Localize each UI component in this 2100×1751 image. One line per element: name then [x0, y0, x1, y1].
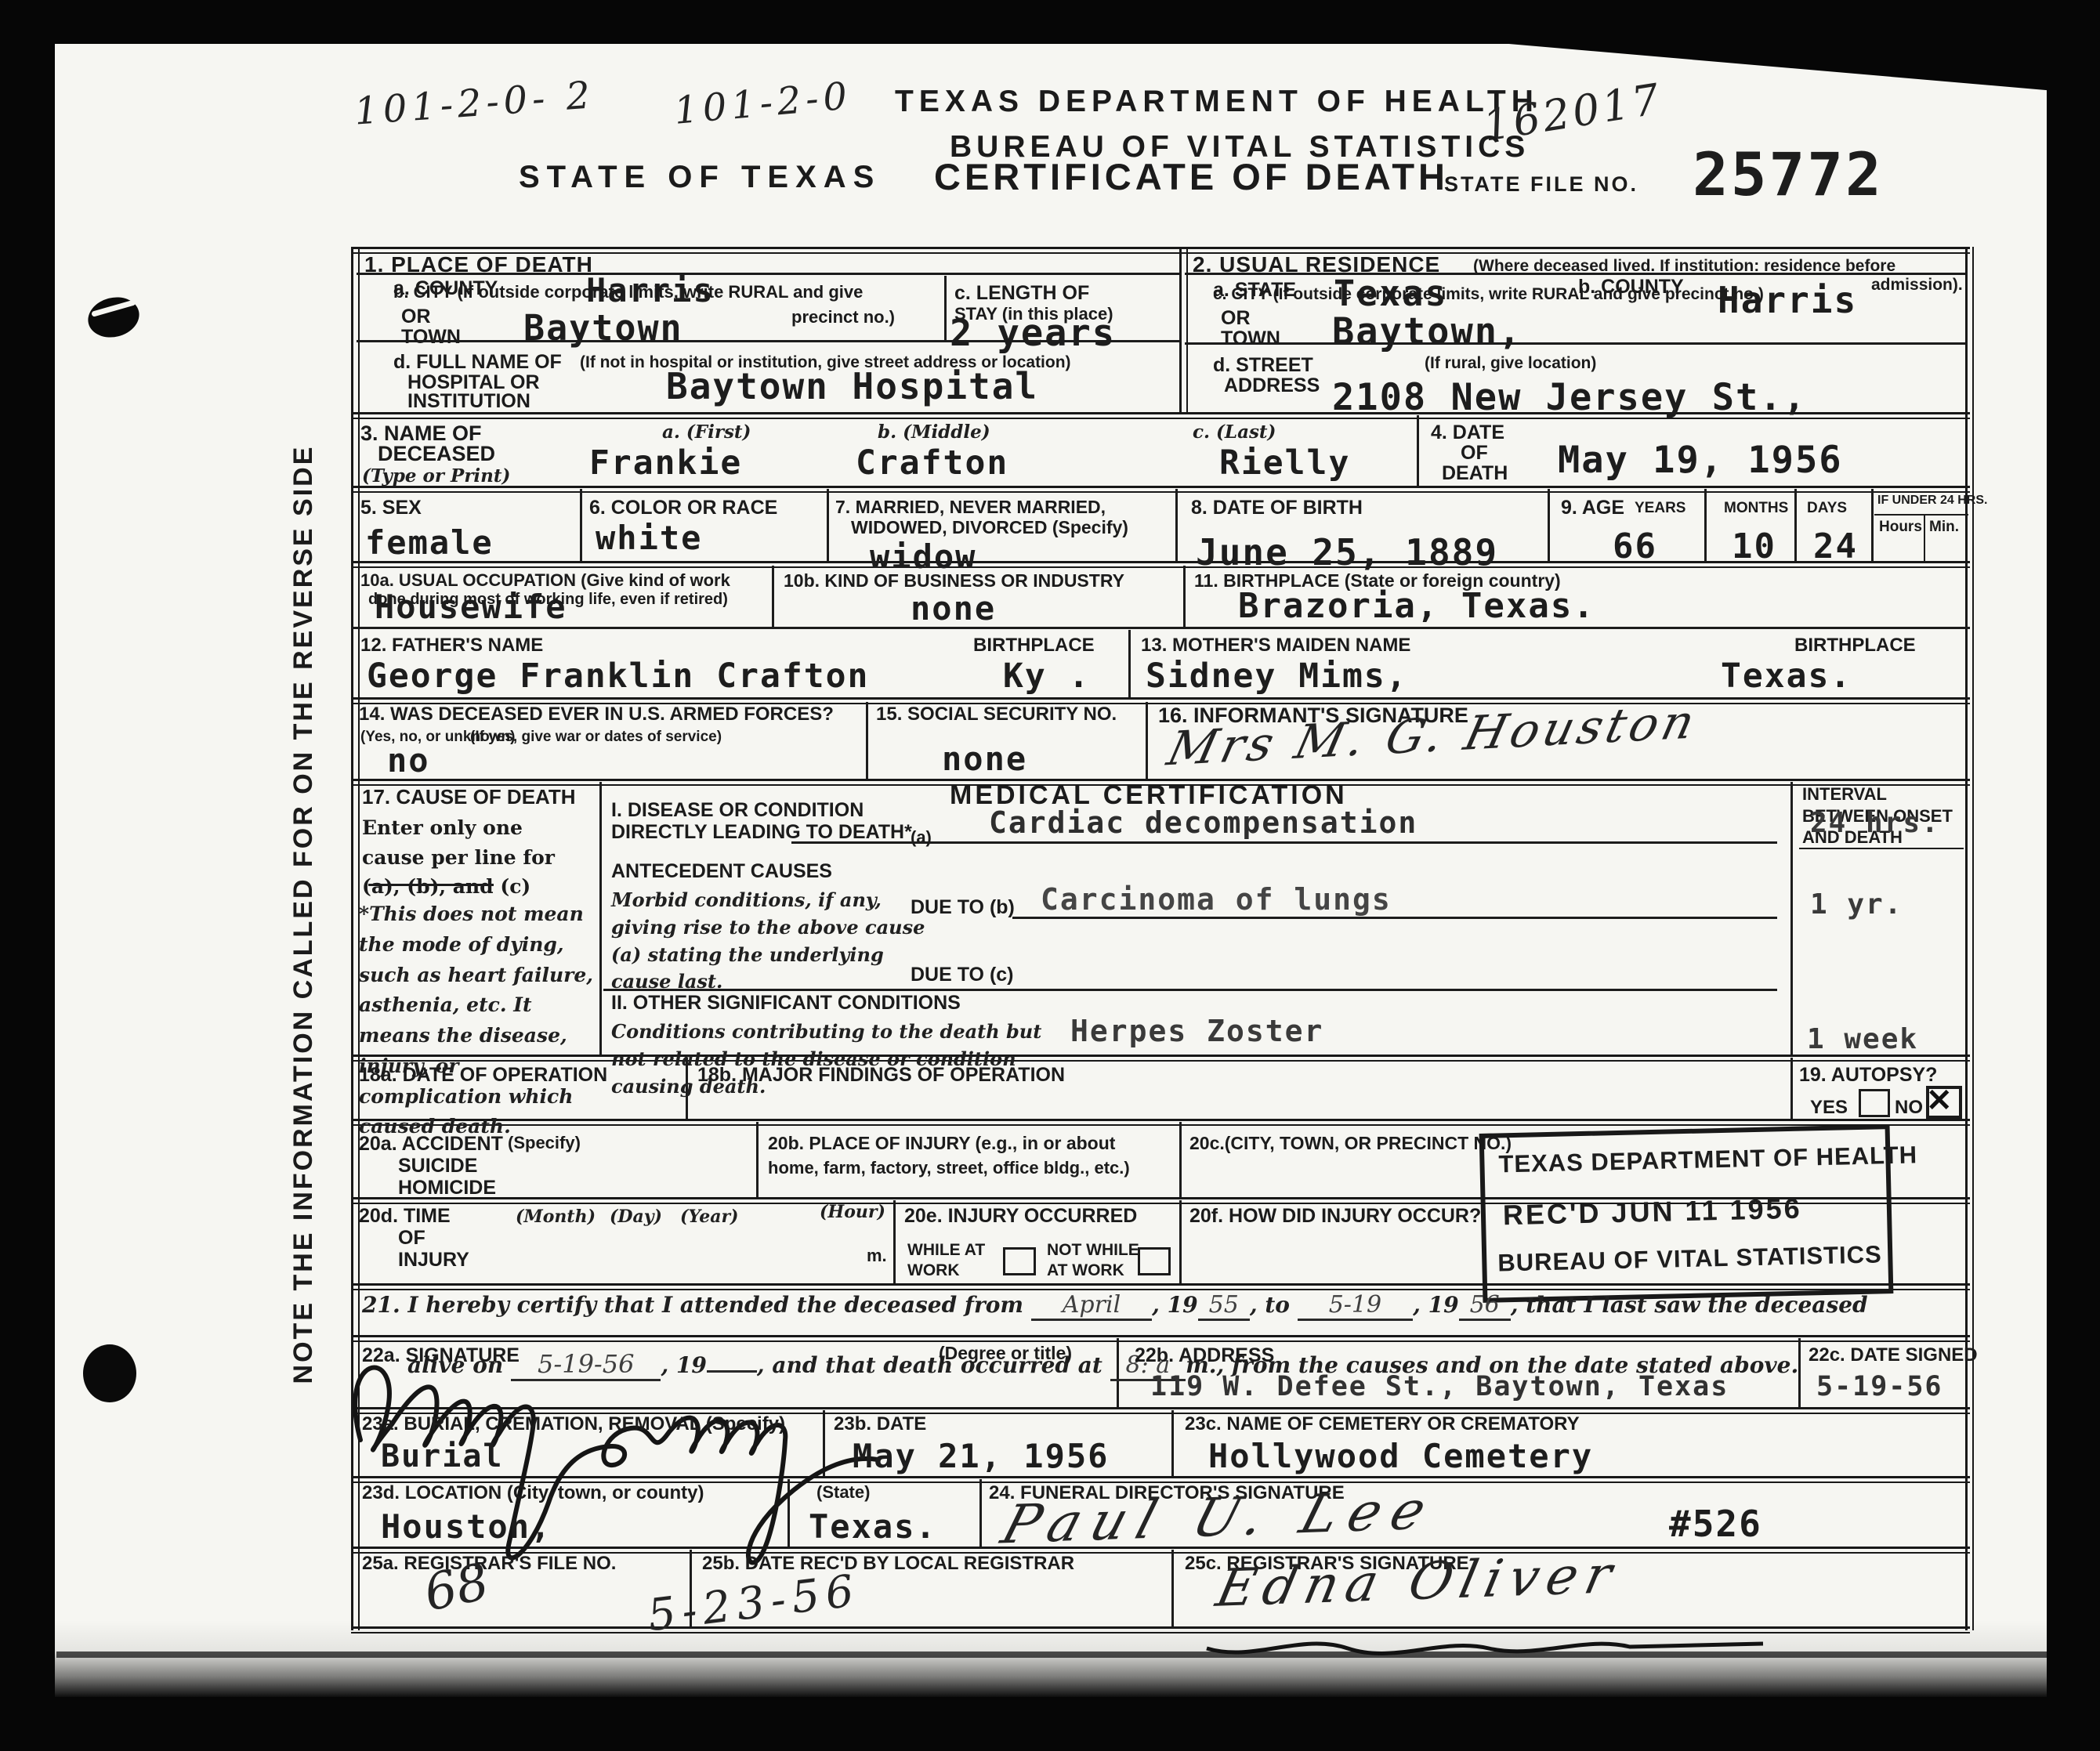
- dob-value: June 25, 1889: [1196, 531, 1498, 573]
- rule: [893, 1200, 896, 1283]
- mother-value: Sidney Mims,: [1146, 657, 1408, 696]
- father-birthplace-value: Ky .: [1003, 657, 1091, 696]
- age-years-value: 66: [1613, 526, 1657, 566]
- interval-b-value: 1 yr.: [1810, 888, 1903, 921]
- burial-value: Burial: [381, 1438, 504, 1474]
- cemetery-label: 23c. NAME OF CEMETERY OR CREMATORY: [1185, 1413, 1580, 1435]
- reverse-side-note: NOTE THE INFORMATION CALLED FOR ON THE R…: [288, 366, 323, 1463]
- date-of-death-label-1: 4. DATE: [1431, 421, 1504, 444]
- interval-a-value: 24 hrs.: [1810, 807, 1940, 839]
- antecedent-label: ANTECEDENT CAUSES: [611, 860, 832, 883]
- rule: [944, 276, 947, 340]
- cemetery-value: Hollywood Cemetery: [1208, 1437, 1593, 1475]
- armed-forces-note-2: (If yes, give war or dates of service): [470, 729, 722, 746]
- age-days-label: DAYS: [1807, 500, 1847, 517]
- length-of-stay-label-1: c. LENGTH OF: [954, 282, 1089, 305]
- injury-month-label: (Month): [516, 1207, 596, 1227]
- other-conditions-note: Conditions contributing to the death but…: [611, 1018, 1058, 1100]
- hospital-value: Baytown Hospital: [666, 365, 1038, 407]
- other-conditions-value: Herpes Zoster: [1070, 1014, 1323, 1048]
- location-city-value: Houston,: [381, 1507, 552, 1546]
- certify-line-1: 21. I hereby certify that I attended the…: [362, 1291, 1868, 1319]
- not-while-at-work-label-1: NOT WHILE: [1047, 1241, 1139, 1260]
- physician-address-label: 22b. ADDRESS: [1135, 1344, 1274, 1367]
- certify-text: 21. I hereby certify that I attended the…: [362, 1292, 1023, 1318]
- place-of-death-label: 1. PLACE OF DEATH: [364, 252, 593, 277]
- autopsy-label: 19. AUTOPSY?: [1799, 1064, 1937, 1087]
- city-label-2: precinct no.): [791, 307, 895, 327]
- date-signed-label: 22c. DATE SIGNED: [1809, 1344, 1978, 1366]
- rule: [1146, 702, 1148, 779]
- injury-m-label: m.: [867, 1246, 887, 1266]
- mother-birthplace-value: Texas.: [1721, 657, 1852, 696]
- form-border-top: [351, 247, 1970, 254]
- certify-text: , 19: [1413, 1292, 1458, 1318]
- morbid-note: Morbid conditions, if any, giving rise t…: [611, 887, 948, 996]
- rule: [791, 841, 1777, 844]
- race-label: 6. COLOR OR RACE: [589, 497, 777, 519]
- first-name-label: a. (First): [662, 421, 751, 443]
- rule: [599, 782, 602, 1055]
- rule: [1185, 342, 1965, 345]
- autopsy-yes-label: YES: [1810, 1097, 1848, 1119]
- ssn-value: none: [942, 740, 1027, 778]
- rule: [1175, 489, 1178, 561]
- under-24-label: IF UNDER 24 HRS.: [1877, 494, 1987, 508]
- injury-e-label: 20e. INJURY OCCURRED: [904, 1205, 1137, 1228]
- autopsy-yes-checkbox: [1859, 1089, 1890, 1117]
- business-label: 10b. KIND OF BUSINESS OR INDUSTRY: [784, 570, 1124, 592]
- hospital-label-1: d. FULL NAME OF: [393, 351, 562, 374]
- injury-a-suicide: SUICIDE: [398, 1155, 477, 1178]
- location-label: 23d. LOCATION (City, town, or county): [362, 1482, 704, 1504]
- cause-sidebar-note-2: *This does not mean the mode of dying, s…: [359, 899, 594, 1142]
- rule: [1171, 1410, 1174, 1476]
- certify-text: , 19: [1152, 1292, 1197, 1318]
- armed-forces-label: 14. WAS DECEASED EVER IN U.S. ARMED FORC…: [359, 704, 834, 725]
- disease-label-2: DIRECTLY LEADING TO DEATH*: [611, 821, 912, 844]
- ssn-label: 15. SOCIAL SECURITY NO.: [876, 704, 1117, 725]
- operation-findings-label: 18b. MAJOR FINDINGS OF OPERATION: [697, 1064, 1065, 1087]
- certify-year1-value: 55: [1198, 1291, 1250, 1321]
- rule: [1794, 489, 1797, 561]
- or-label: OR: [401, 306, 431, 328]
- last-name-value: Rielly: [1219, 443, 1350, 483]
- state-file-no-label: STATE FILE NO.: [1444, 172, 1638, 197]
- mother-label: 13. MOTHER'S MAIDEN NAME: [1141, 635, 1410, 657]
- marital-label-2: WIDOWED, DIVORCED (Specify): [851, 517, 1128, 538]
- header-state: STATE OF TEXAS: [519, 160, 881, 195]
- rule: [351, 627, 1970, 629]
- form-border-right: [1965, 247, 1974, 1630]
- operation-date-label: 18a. DATE OF OPERATION: [359, 1064, 607, 1087]
- autopsy-no-label: NO: [1895, 1097, 1923, 1119]
- cause-sidebar-note-1: Enter only one cause per line for (a), (…: [362, 813, 589, 902]
- middle-name-label: b. (Middle): [878, 421, 990, 443]
- location-state-label: (State): [816, 1482, 870, 1503]
- injury-year-label: (Year): [680, 1207, 738, 1227]
- rule: [1179, 1122, 1182, 1197]
- usual-residence-note-2: admission).: [1871, 276, 1963, 295]
- injury-b-label-1: 20b. PLACE OF INJURY (e.g., in or about: [768, 1133, 1115, 1154]
- physician-address-value: 119 W. Defee St., Baytown, Texas: [1150, 1371, 1729, 1402]
- name-label-3: (Type or Print): [362, 465, 510, 487]
- rule: [1179, 247, 1188, 412]
- name-label-2: DECEASED: [378, 442, 495, 466]
- received-stamp: TEXAS DEPARTMENT OF HEALTH REC'D JUN 11 …: [1479, 1124, 1894, 1303]
- rule: [1924, 514, 1925, 561]
- date-of-death-label-2: OF: [1461, 442, 1488, 465]
- injury-d-label-3: INJURY: [398, 1249, 469, 1272]
- rule: [368, 884, 494, 886]
- header-department: TEXAS DEPARTMENT OF HEALTH: [895, 85, 1539, 119]
- stamp-line-1: TEXAS DEPARTMENT OF HEALTH: [1498, 1141, 1917, 1178]
- rule: [772, 566, 774, 627]
- residence-or-label: OR: [1221, 307, 1251, 330]
- stamp-line-3: BUREAU OF VITAL STATISTICS: [1497, 1240, 1882, 1277]
- rule: [351, 486, 1970, 493]
- min-label: Min.: [1929, 519, 1959, 536]
- street-label-1: d. STREET: [1213, 354, 1313, 377]
- cause-of-death-label: 17. CAUSE OF DEATH: [362, 785, 576, 809]
- rule: [1183, 566, 1186, 627]
- while-at-work-checkbox: [1003, 1247, 1036, 1275]
- injury-d-label-2: OF: [398, 1227, 425, 1250]
- residence-town-label: TOWN: [1221, 327, 1280, 350]
- rule: [580, 489, 582, 561]
- birthplace-value: Brazoria, Texas.: [1238, 586, 1595, 626]
- due-to-b-label: DUE TO (b): [911, 896, 1015, 919]
- burial-date-label: 23b. DATE: [834, 1413, 926, 1435]
- rule: [1548, 489, 1550, 561]
- date-signed-value: 5-19-56: [1816, 1371, 1943, 1402]
- disease-a-tag: (a): [911, 827, 932, 848]
- rule: [351, 561, 1970, 568]
- hours-label: Hours: [1879, 519, 1922, 536]
- disease-label-1: I. DISEASE OR CONDITION: [611, 799, 864, 822]
- registrar-file-label: 25a. REGISTRAR'S FILE NO.: [362, 1553, 616, 1575]
- residence-city-value: Baytown,: [1332, 310, 1522, 353]
- bottom-fade: [55, 1620, 2047, 1699]
- father-label: 12. FATHER'S NAME: [360, 635, 543, 657]
- injury-a-specify: (Specify): [508, 1133, 581, 1153]
- rule: [603, 989, 1777, 991]
- rule: [1871, 489, 1874, 561]
- injury-c-label: 20c.(CITY, TOWN, OR PRECINCT NO.): [1189, 1133, 1512, 1154]
- while-at-work-label-2: WORK: [907, 1261, 960, 1280]
- autopsy-no-x-mark: ✕: [1926, 1083, 1953, 1119]
- header-title: CERTIFICATE OF DEATH: [934, 155, 1449, 198]
- age-months-value: 10: [1732, 526, 1776, 566]
- father-birthplace-label: BIRTHPLACE: [973, 635, 1095, 657]
- dob-label: 8. DATE OF BIRTH: [1191, 497, 1363, 519]
- hospital-label-3: INSTITUTION: [407, 390, 530, 413]
- father-value: George Franklin Crafton: [367, 657, 869, 696]
- certify-text: , that I last saw the deceased: [1511, 1292, 1868, 1318]
- occupation-value: Housewife: [375, 588, 567, 626]
- town-label: TOWN: [401, 326, 461, 349]
- rule: [1704, 489, 1707, 561]
- street-note: (If rural, give location): [1425, 354, 1596, 373]
- funeral-director-number: #526: [1669, 1503, 1762, 1545]
- age-days-value: 24: [1813, 526, 1858, 566]
- age-label: 9. AGE: [1561, 497, 1624, 519]
- injury-d-label-1: 20d. TIME: [359, 1205, 451, 1228]
- rule: [1128, 630, 1131, 697]
- rule: [1012, 917, 1777, 919]
- injury-a-label: 20a. ACCIDENT: [359, 1133, 503, 1156]
- due-to-c-label: DUE TO (c): [911, 964, 1014, 986]
- length-of-stay-value: 2 years: [950, 312, 1116, 355]
- rule: [756, 1122, 759, 1197]
- rule: [1798, 1338, 1801, 1407]
- sex-value: female: [365, 523, 494, 562]
- rule: [866, 702, 868, 779]
- registrar-date-label: 25b. DATE REC'D BY LOCAL REGISTRAR: [702, 1553, 1074, 1575]
- usual-residence-note: (Where deceased lived. If institution: r…: [1473, 257, 1895, 276]
- while-at-work-label-1: WHILE AT: [907, 1241, 985, 1260]
- scanned-death-certificate: 101-2-0- 2 101-2-0 TEXAS DEPARTMENT OF H…: [0, 0, 2100, 1751]
- burial-label: 23a. BURIAL, CREMATION, REMOVAL (Specify…: [362, 1413, 785, 1435]
- rule: [827, 489, 829, 561]
- middle-name-value: Crafton: [856, 443, 1008, 483]
- rule: [1179, 1200, 1182, 1283]
- last-name-label: c. (Last): [1193, 421, 1276, 443]
- injury-b-label-2: home, farm, factory, street, office bldg…: [768, 1158, 1130, 1178]
- business-value: none: [911, 589, 996, 628]
- rule: [1790, 1058, 1793, 1119]
- age-years-label: YEARS: [1635, 500, 1685, 517]
- state-file-no-value: 25772: [1693, 139, 1884, 209]
- rule: [1874, 514, 1968, 516]
- city-value: Baytown: [523, 307, 683, 349]
- rule: [1171, 1550, 1174, 1626]
- injury-day-label: (Day): [610, 1207, 662, 1227]
- certify-text: , to: [1250, 1292, 1290, 1318]
- other-conditions-label: II. OTHER SIGNIFICANT CONDITIONS: [611, 992, 961, 1015]
- certify-to-value: 5-19: [1298, 1291, 1413, 1321]
- injury-f-label: 20f. HOW DID INJURY OCCUR?: [1189, 1205, 1481, 1228]
- age-months-label: MONTHS: [1724, 500, 1788, 517]
- rule: [1417, 415, 1419, 486]
- armed-forces-value: no: [387, 741, 430, 780]
- mother-birthplace-label: BIRTHPLACE: [1794, 635, 1916, 657]
- city-label: b. CITY (If outside corporate limits, wr…: [393, 282, 863, 302]
- not-while-at-work-checkbox: [1138, 1247, 1171, 1275]
- rule: [1799, 848, 1964, 849]
- first-name-value: Frankie: [589, 443, 742, 483]
- injury-hour-label: (Hour): [820, 1202, 885, 1222]
- cause-b-value: Carcinoma of lungs: [1041, 882, 1392, 917]
- certify-from-value: April: [1031, 1291, 1152, 1321]
- date-of-death-value: May 19, 1956: [1558, 439, 1843, 482]
- marital-label-1: 7. MARRIED, NEVER MARRIED,: [835, 497, 1106, 518]
- rule: [1790, 782, 1793, 1055]
- certify-year2-value: 56: [1459, 1291, 1511, 1321]
- date-of-death-label-3: DEATH: [1442, 462, 1508, 485]
- stamp-line-2: REC'D JUN 11 1956: [1503, 1192, 1803, 1232]
- street-value: 2108 New Jersey St.,: [1332, 376, 1807, 419]
- injury-a-homicide: HOMICIDE: [398, 1177, 496, 1199]
- cause-a-value: Cardiac decompensation: [989, 805, 1417, 840]
- street-label-2: ADDRESS: [1224, 374, 1320, 397]
- burial-date-value: May 21, 1956: [853, 1437, 1109, 1475]
- location-state-value: Texas.: [809, 1507, 937, 1546]
- residence-city-label: c. CITY (If outside corporate limits, wr…: [1213, 285, 1764, 304]
- interval-other-value: 1 week: [1807, 1023, 1918, 1055]
- sex-label: 5. SEX: [360, 497, 422, 519]
- not-while-at-work-label-2: AT WORK: [1047, 1261, 1124, 1280]
- punch-hole-bottom: [83, 1344, 136, 1402]
- race-value: white: [596, 519, 702, 557]
